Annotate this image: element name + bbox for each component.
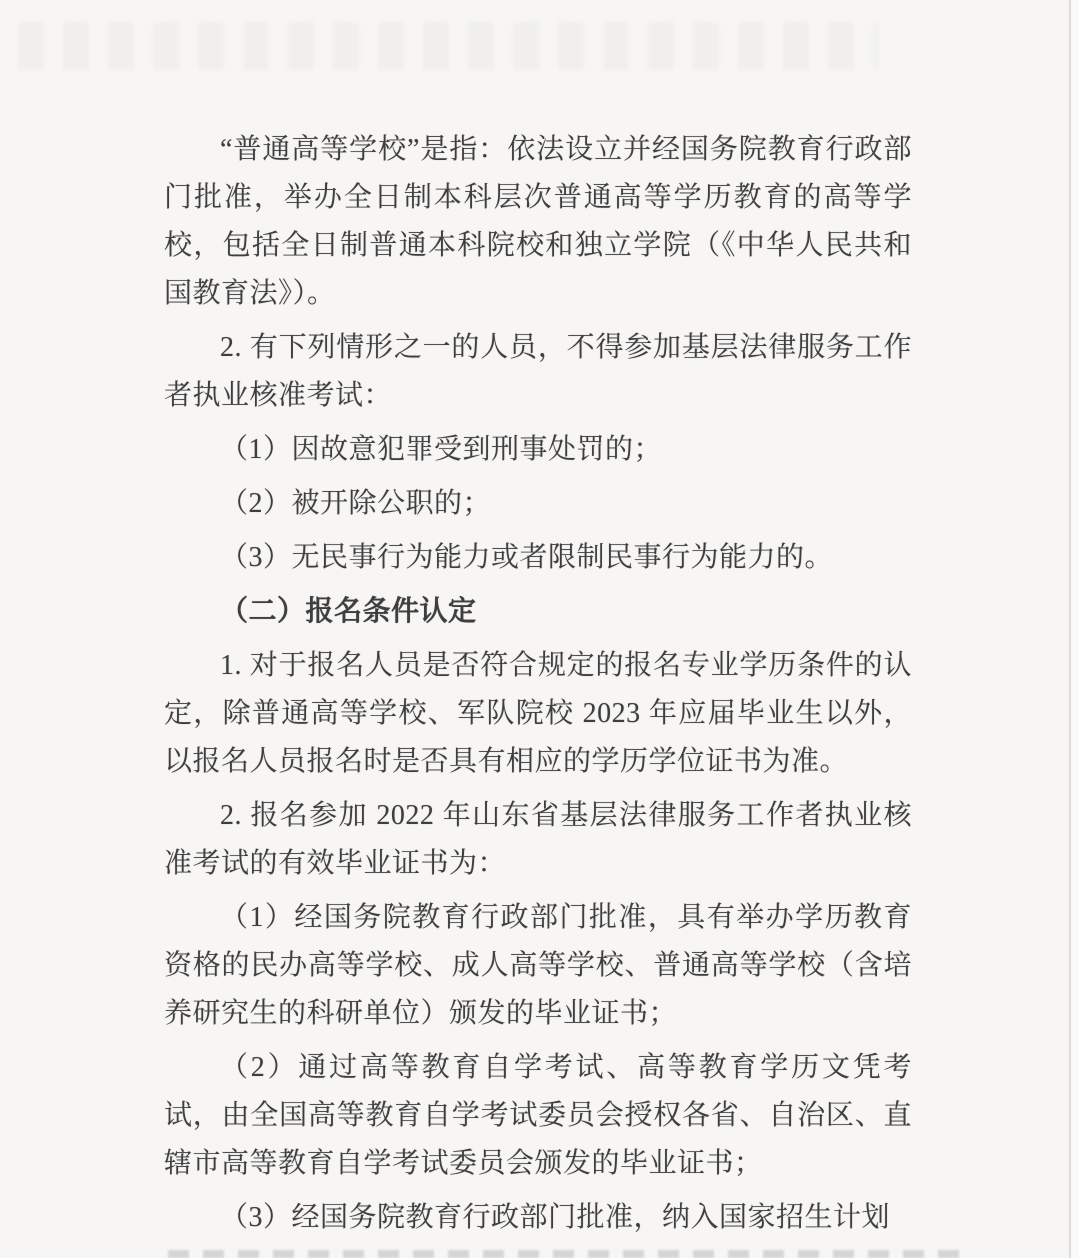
- list-item-1-criminal-punishment: （1）因故意犯罪受到刑事处罚的；: [164, 426, 912, 474]
- page-edge-margin: [1071, 0, 1079, 1258]
- document-text-block: “普通高等学校”是指：依法设立并经国务院教育行政部门批准，举办全日制本科层次普通…: [164, 126, 912, 1248]
- list-item-2-self-study-exam-diploma: （2）通过高等教育自学考试、高等教育学历文凭考试，由全国高等教育自学考试委员会授…: [164, 1044, 912, 1188]
- scan-ghost-smudge: [18, 22, 878, 70]
- list-item-3-civil-capacity: （3）无民事行为能力或者限制民事行为能力的。: [164, 534, 912, 582]
- section-heading-registration-condition-determination: （二）报名条件认定: [164, 588, 912, 636]
- list-item-2-dismissed-public-office: （2）被开除公职的；: [164, 480, 912, 528]
- paragraph-item-2-valid-diplomas: 2. 报名参加 2022 年山东省基层法律服务工作者执业核准考试的有效毕业证书为…: [164, 792, 912, 888]
- scanned-document-page: { "page": { "background_color": "#f7f6f4…: [0, 0, 1079, 1258]
- paragraph-item-1-degree-determination: 1. 对于报名人员是否符合规定的报名专业学历条件的认定，除普通高等学校、军队院校…: [164, 642, 912, 786]
- list-item-3-national-enrollment-plan: （3）经国务院教育行政部门批准，纳入国家招生计划: [164, 1194, 912, 1242]
- paragraph-item-2-disqualifications: 2. 有下列情形之一的人员，不得参加基层法律服务工作者执业核准考试：: [164, 324, 912, 420]
- list-item-1-approved-school-diploma: （1）经国务院教育行政部门批准，具有举办学历教育资格的民办高等学校、成人高等学校…: [164, 894, 912, 1038]
- cut-off-next-line: [168, 1250, 968, 1258]
- paragraph-putonggaoxiao-definition: “普通高等学校”是指：依法设立并经国务院教育行政部门批准，举办全日制本科层次普通…: [164, 126, 912, 318]
